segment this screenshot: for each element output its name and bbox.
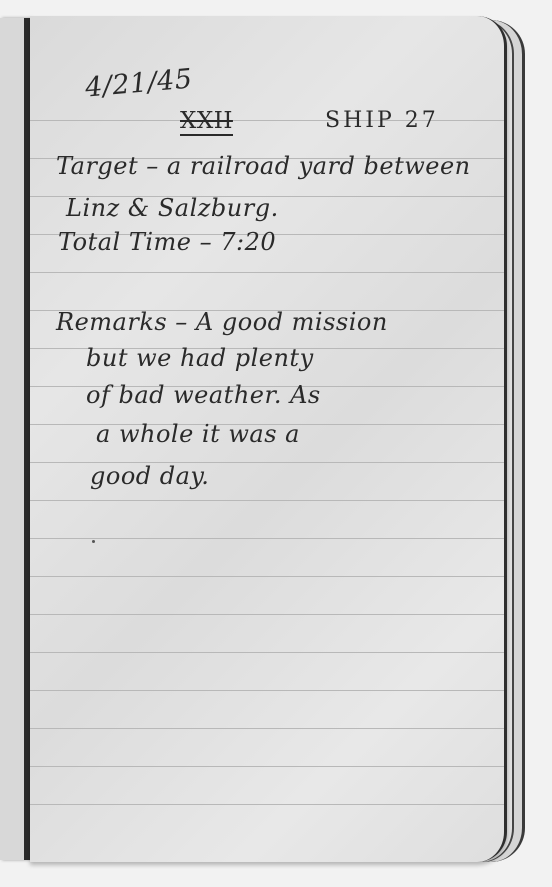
remarks-line: but we had plenty: [86, 344, 314, 372]
remarks-line: of bad weather. As: [86, 381, 321, 409]
ink-dot: [92, 540, 95, 543]
ruled-line: [30, 538, 504, 539]
remarks-line: a whole it was a: [96, 420, 300, 448]
ruled-line: [30, 728, 504, 729]
remarks-line: Remarks – A good mission: [56, 308, 388, 336]
total-time: Total Time – 7:20: [58, 228, 276, 256]
ruled-line: [30, 766, 504, 767]
target-line-1: Target – a railroad yard between: [56, 152, 471, 180]
entry-date: 4/21/45: [84, 63, 194, 103]
ruled-line: [30, 272, 504, 273]
ruled-line: [30, 500, 504, 501]
previous-page-edge: [0, 18, 30, 860]
ruled-line: [30, 690, 504, 691]
target-line-2: Linz & Salzburg.: [66, 194, 279, 222]
mission-number: XXII: [180, 108, 233, 136]
remarks-line: good day.: [90, 462, 209, 490]
notebook-page: 4/21/45 XXII SHIP 27 Target – a railroad…: [30, 16, 507, 862]
ruled-line: [30, 614, 504, 615]
ship-label: SHIP 27: [325, 108, 439, 133]
ruled-line: [30, 804, 504, 805]
ruled-line: [30, 652, 504, 653]
ruled-line: [30, 576, 504, 577]
